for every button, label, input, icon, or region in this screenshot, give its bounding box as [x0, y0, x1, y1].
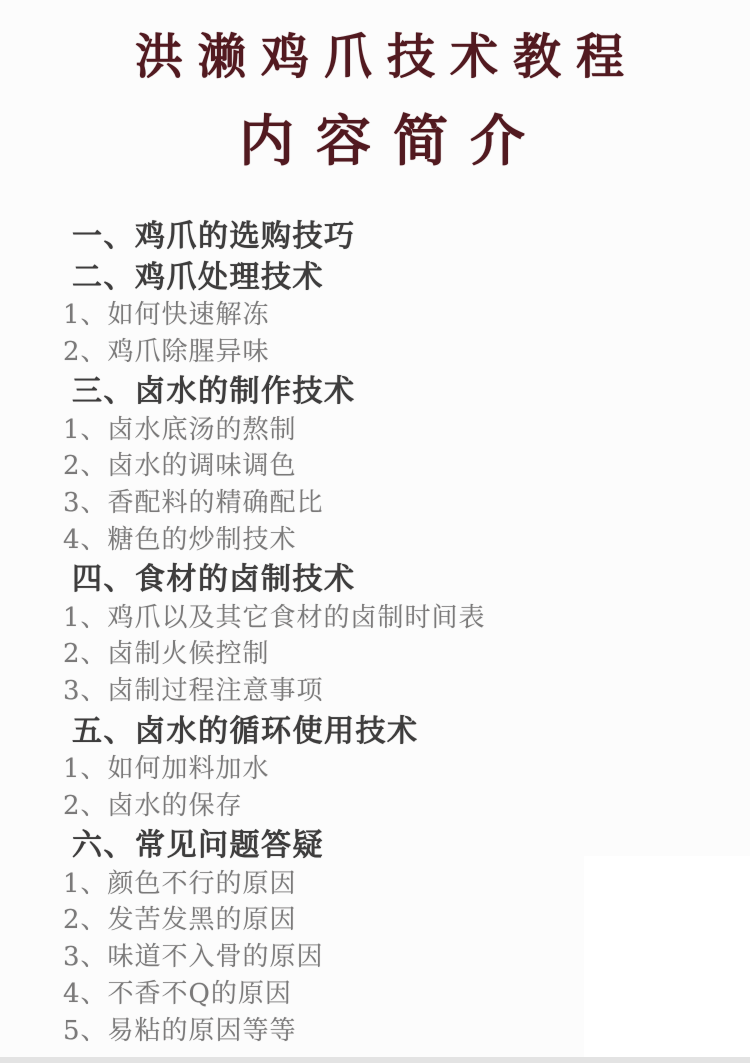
toc-item: 5、易粘的原因等等 — [0, 1010, 750, 1047]
toc-item: 1、如何快速解冻 — [0, 294, 750, 331]
toc-item: 3、香配料的精确配比 — [0, 482, 750, 519]
toc-item: 1、如何加料加水 — [0, 748, 750, 785]
toc-section-6: 六、常见问题答疑 — [0, 822, 750, 863]
toc-item: 2、发苦发黑的原因 — [0, 900, 750, 937]
toc-item: 3、卤制过程注意事项 — [0, 670, 750, 707]
toc-item: 3、味道不入骨的原因 — [0, 936, 750, 973]
toc-section-2: 二、鸡爪处理技术 — [0, 253, 750, 294]
toc-item: 2、卤水的保存 — [0, 785, 750, 822]
page-title: 洪濑鸡爪技术教程 — [0, 18, 750, 87]
toc-section-5: 五、卤水的循环使用技术 — [0, 707, 750, 748]
document-page: 洪濑鸡爪技术教程 内容简介 一、鸡爪的选购技巧 二、鸡爪处理技术 1、如何快速解… — [0, 0, 750, 1063]
toc-item: 2、鸡爪除腥异味 — [0, 331, 750, 368]
toc-item: 1、鸡爪以及其它食材的卤制时间表 — [0, 597, 750, 634]
toc-section-4: 四、食材的卤制技术 — [0, 556, 750, 597]
toc-item: 4、糖色的炒制技术 — [0, 519, 750, 556]
toc-item: 1、卤水底汤的熬制 — [0, 409, 750, 446]
toc-list: 一、鸡爪的选购技巧 二、鸡爪处理技术 1、如何快速解冻 2、鸡爪除腥异味 三、卤… — [0, 212, 750, 1047]
toc-section-1: 一、鸡爪的选购技巧 — [0, 212, 750, 253]
toc-item: 2、卤制火候控制 — [0, 634, 750, 671]
scan-bottom-edge — [0, 1057, 750, 1063]
toc-item: 2、卤水的调味调色 — [0, 445, 750, 482]
toc-section-3: 三、卤水的制作技术 — [0, 368, 750, 409]
toc-item: 1、颜色不行的原因 — [0, 863, 750, 900]
title-block: 洪濑鸡爪技术教程 内容简介 — [0, 0, 750, 176]
toc-item: 4、不香不Q的原因 — [0, 973, 750, 1010]
page-subtitle: 内容简介 — [0, 97, 750, 176]
